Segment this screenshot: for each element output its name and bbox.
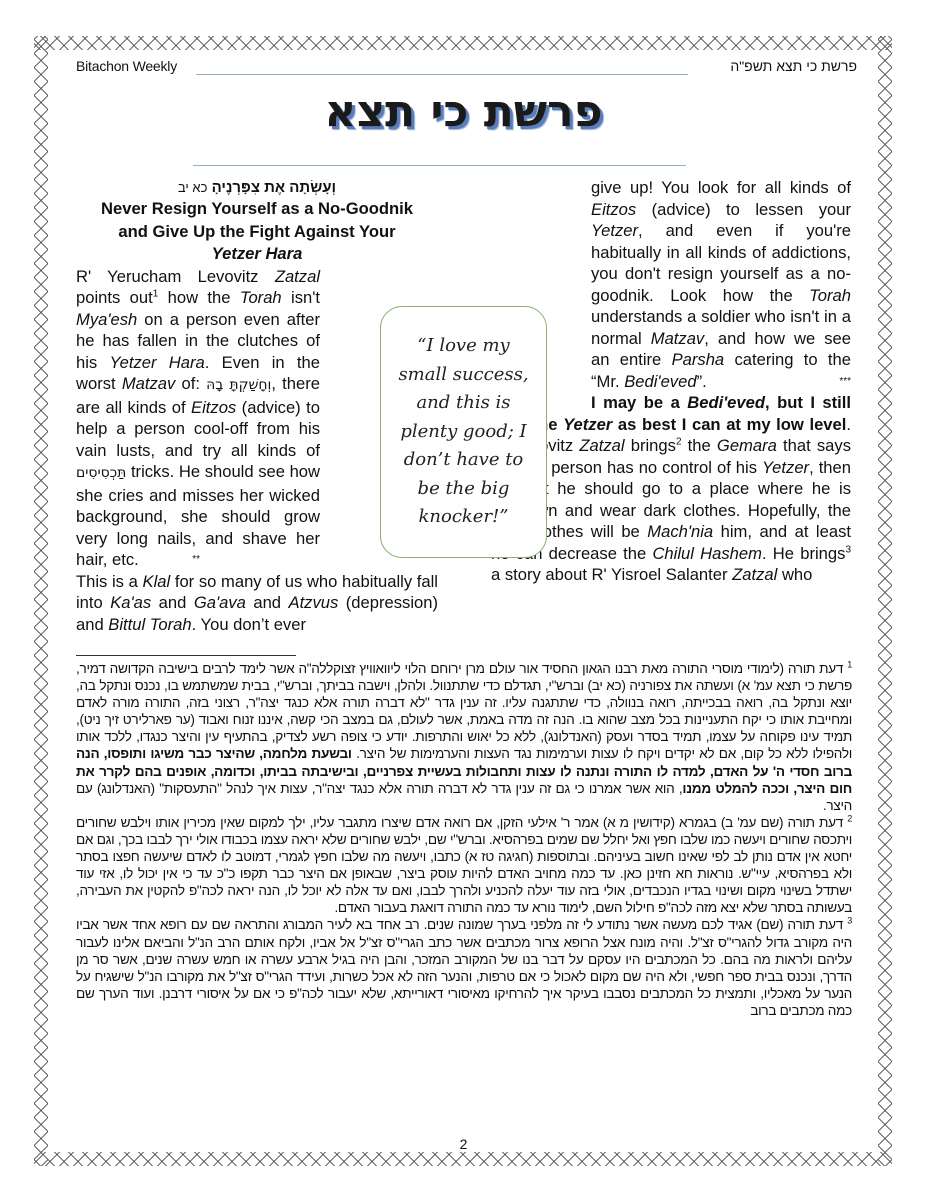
section-separator: ** <box>192 549 200 571</box>
footnote-separator <box>76 655 296 656</box>
parsha-year-label: פרשת כי תצא תשפ"ה <box>730 58 857 74</box>
pull-quote-text: “I love my small success, and this is pl… <box>391 332 536 532</box>
footnotes-section: 1 דעת תורה (לימודי מוסרי התורה מאת רבנו … <box>76 660 852 1019</box>
header-rule <box>196 74 688 75</box>
hebrew-verse-heading: וְעָשְׂתָה אֶת צִפָּרְנֶיהָ כא יב <box>76 177 438 198</box>
hebrew-verse: וְעָשְׂתָה אֶת צִפָּרְנֶיהָ <box>212 179 337 196</box>
footnote-3: 3 דעת תורה (שם) אגיד לכם מעשה אשר נתודע … <box>76 916 852 1019</box>
footnote-number-3: 3 <box>847 916 852 926</box>
footnote-1: 1 דעת תורה (לימודי מוסרי התורה מאת רבנו … <box>76 660 852 814</box>
footnote-number-1: 1 <box>847 659 852 669</box>
border-left <box>34 36 48 1166</box>
article-heading: Never Resign Yourself as a No-Goodnik an… <box>76 198 438 266</box>
footnote-2: 2 דעת תורה (שם עמ' ב) בגמרא (קידושין מ א… <box>76 814 852 917</box>
publication-name: Bitachon Weekly <box>76 58 177 74</box>
heading-line-2: and Give Up the Fight Against Your <box>76 221 438 244</box>
border-top <box>34 36 892 50</box>
footnote-number-2: 2 <box>847 813 852 823</box>
page-title: פרשת כי תצא <box>0 86 927 137</box>
pull-quote-box: “I love my small success, and this is pl… <box>380 306 547 558</box>
heading-line-3: Yetzer Hara <box>212 244 303 263</box>
border-right <box>878 36 892 1166</box>
paragraph-2-start: This is a Klal for so many of us who hab… <box>76 571 438 636</box>
title-rule <box>193 165 686 166</box>
page-number: 2 <box>0 1136 927 1152</box>
border-bottom <box>34 1152 892 1166</box>
section-separator-2: *** <box>839 371 851 393</box>
verse-reference: כא יב <box>178 180 208 195</box>
footnote-ref-3[interactable]: 3 <box>845 544 851 555</box>
heading-line-1: Never Resign Yourself as a No-Goodnik <box>76 198 438 221</box>
